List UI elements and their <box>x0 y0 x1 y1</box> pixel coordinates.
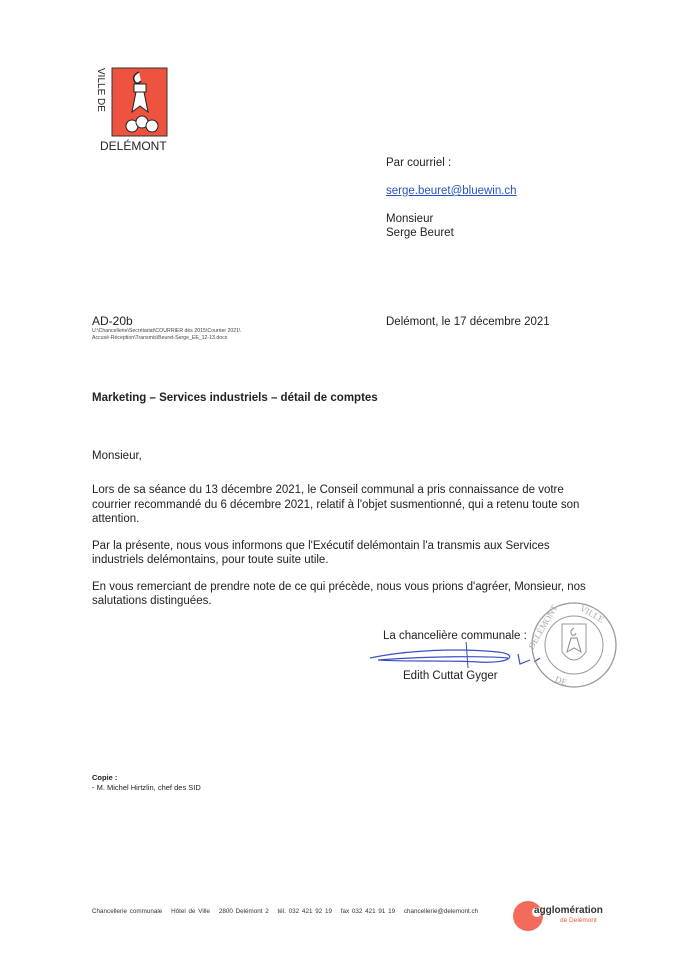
svg-text:DELÉMONT: DELÉMONT <box>100 138 167 153</box>
reference-path-line1: U:\Chancellerie\Secrétariat\COURRIER dès… <box>92 328 241 335</box>
signatory-title: La chancelière communale : <box>383 629 527 643</box>
copy-block: Copie : - M. Michel Hirtzlin, chef des S… <box>92 773 201 792</box>
letter-date: Delémont, le 17 décembre 2021 <box>386 315 550 329</box>
body-paragraph: En vous remerciant de prendre note de ce… <box>92 580 597 609</box>
footer-building: Hôtel de Ville <box>171 908 210 915</box>
footer-phone: tél. 032 421 92 19 <box>278 908 332 915</box>
footer-fax: fax 032 421 91 19 <box>341 908 395 915</box>
copy-recipient: - M. Michel Hirtzlin, chef des SID <box>92 783 201 793</box>
ville-de-delemont-logo: VILLE DE DELÉMONT <box>92 60 182 155</box>
body-paragraph: Par la présente, nous vous informons que… <box>92 539 597 568</box>
reference-path-line2: Accusé-Réception\Transmis\Beuret-Serge_E… <box>92 335 241 342</box>
svg-text:DE: DE <box>554 674 569 688</box>
footer-email-link[interactable]: chancellerie@delemont.ch <box>404 908 478 915</box>
recipient-name: Serge Beuret <box>386 226 517 240</box>
recipient-email-link[interactable]: serge.beuret@bluewin.ch <box>386 184 517 198</box>
letter-subject: Marketing – Services industriels – détai… <box>92 392 378 404</box>
footer-postal: 2800 Delémont 2 <box>219 908 269 915</box>
reference-block: AD-20b U:\Chancellerie\Secrétariat\COURR… <box>92 314 241 342</box>
footer-office: Chancellerie communale <box>92 908 162 915</box>
letter-body: Lors de sa séance du 13 décembre 2021, l… <box>92 483 597 621</box>
reference-code: AD-20b <box>92 314 241 328</box>
agglomeration-circle-icon <box>508 896 548 936</box>
agglomeration-logo <box>508 896 628 936</box>
agglomeration-subtitle: de Delémont <box>560 917 597 924</box>
crozier-coat-of-arms-icon: VILLE DE DELÉMONT <box>92 60 182 155</box>
svg-text:VILLE: VILLE <box>578 603 606 625</box>
seal-stamp-icon: VILLE DE DELÉMONT <box>529 600 619 690</box>
delivery-method: Par courriel : <box>386 156 517 170</box>
salutation: Monsieur, <box>92 449 142 463</box>
recipient-block: Par courriel : serge.beuret@bluewin.ch M… <box>386 156 517 240</box>
recipient-title: Monsieur <box>386 212 517 226</box>
svg-text:VILLE DE: VILLE DE <box>95 68 106 112</box>
agglomeration-name: agglomération <box>534 905 603 916</box>
copy-label: Copie : <box>92 773 117 782</box>
body-paragraph: Lors de sa séance du 13 décembre 2021, l… <box>92 483 597 527</box>
svg-text:DELÉMONT: DELÉMONT <box>529 603 560 651</box>
official-seal: VILLE DE DELÉMONT <box>529 600 619 690</box>
signatory-name: Edith Cuttat Gyger <box>403 669 498 683</box>
footer-contact: Chancellerie communale Hôtel de Ville 28… <box>92 908 484 915</box>
